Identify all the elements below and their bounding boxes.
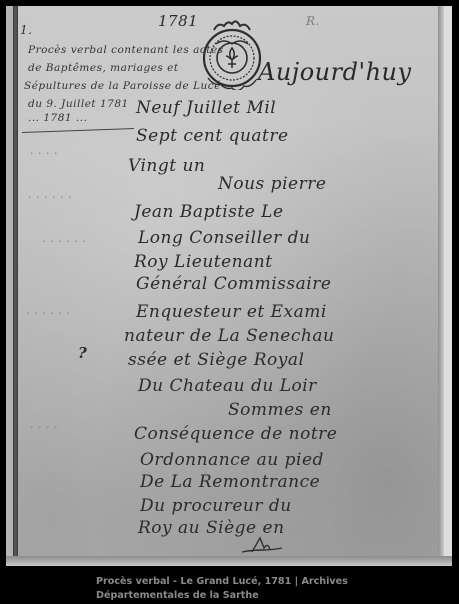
body-line-6: Long Conseiller du bbox=[138, 228, 310, 248]
body-line-7: Roy Lieutenant bbox=[134, 252, 273, 272]
page-right-strip bbox=[444, 6, 452, 566]
margin-title-line-2: de Baptêmes, mariages et bbox=[28, 62, 179, 75]
body-line-3: Vingt un bbox=[128, 156, 205, 176]
body-line-11: ssée et Siège Royal bbox=[128, 350, 304, 370]
folio-number: 1. bbox=[20, 24, 32, 37]
paraph-flourish-icon bbox=[238, 534, 286, 556]
manuscript-photo: 1. 1781 R. Procès verbal contenant les a… bbox=[6, 6, 452, 566]
body-line-10: nateur de La Senechau bbox=[124, 326, 334, 346]
year-header: 1781 bbox=[158, 12, 198, 30]
caption-line-1: Procès verbal - Le Grand Lucé, 1781 | Ar… bbox=[96, 575, 348, 589]
body-line-5: Jean Baptiste Le bbox=[134, 202, 284, 222]
body-line-12: Du Chateau du Loir bbox=[138, 376, 317, 396]
margin-faint-1: . . . . bbox=[30, 144, 58, 157]
page-left-margin-strip bbox=[6, 6, 13, 566]
body-line-14: Conséquence de notre bbox=[134, 424, 337, 444]
body-line-9: Enquesteur et Exami bbox=[136, 302, 327, 322]
binding-edge bbox=[13, 6, 18, 566]
opening-word: Aujourd'huy bbox=[258, 58, 412, 86]
body-line-17: Du procureur du bbox=[140, 496, 292, 516]
margin-title-line-1: Procès verbal contenant les actes bbox=[28, 44, 224, 57]
image-caption: Procès verbal - Le Grand Lucé, 1781 | Ar… bbox=[96, 575, 348, 603]
margin-title-line-5: ... 1781 ... bbox=[28, 112, 87, 125]
body-line-16: De La Remontrance bbox=[140, 472, 320, 492]
body-line-2: Sept cent quatre bbox=[136, 126, 289, 146]
margin-faint-5: . . . . bbox=[30, 418, 58, 431]
margin-faint-3: . . . . . . bbox=[42, 232, 86, 245]
body-line-13: Sommes en bbox=[228, 400, 332, 420]
body-line-1: Neuf Juillet Mil bbox=[136, 98, 276, 118]
body-line-8: Général Commissaire bbox=[136, 274, 331, 294]
margin-mark: ? bbox=[78, 344, 87, 362]
page-bottom-edge-shadow bbox=[6, 556, 452, 566]
margin-title-line-4: du 9. Juillet 1781 bbox=[28, 98, 129, 111]
body-line-15: Ordonnance au pied bbox=[140, 450, 324, 470]
margin-faint-4: . . . . . . bbox=[26, 304, 70, 317]
caption-line-2: Départementales de la Sarthe bbox=[96, 589, 348, 603]
top-right-mark: R. bbox=[306, 14, 320, 28]
body-line-4: Nous pierre bbox=[218, 174, 326, 194]
margin-faint-2: . . . . . . bbox=[28, 188, 72, 201]
margin-title-line-3: Sépultures de la Paroisse de Lucé bbox=[24, 80, 221, 93]
